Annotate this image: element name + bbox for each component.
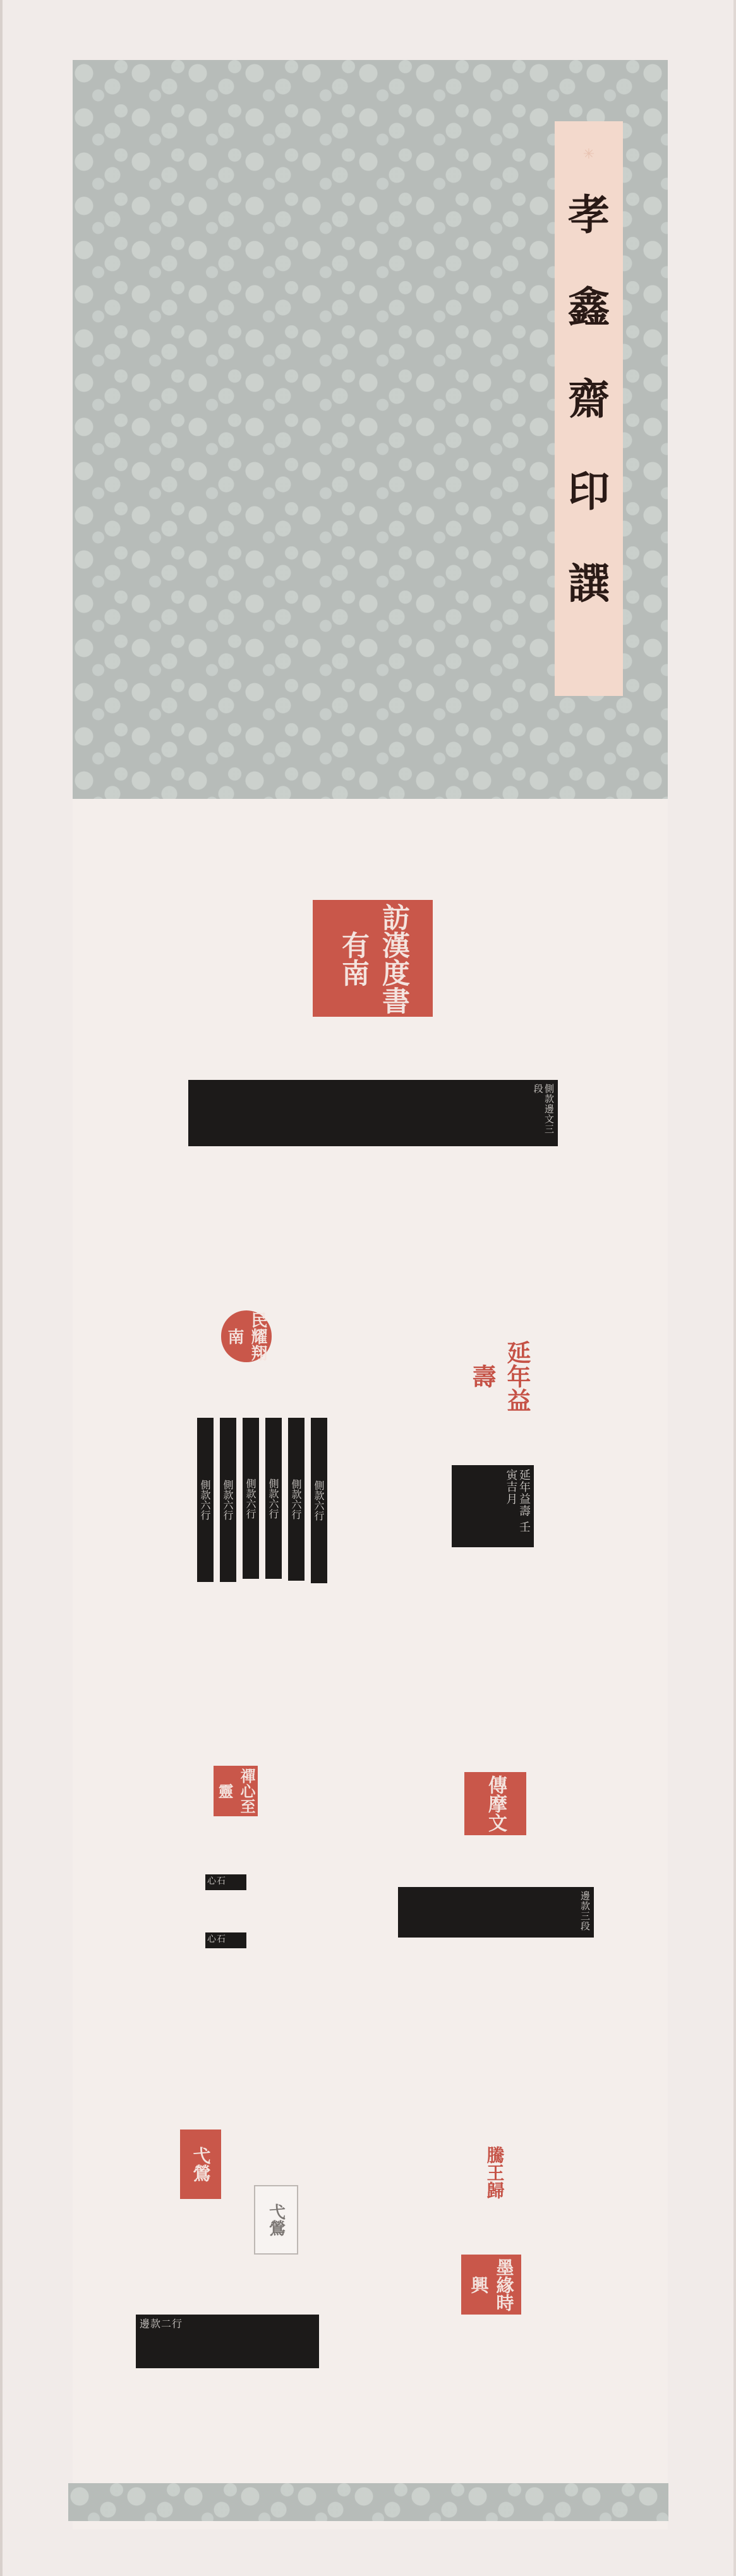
seal-impression: 訪漢度書有南 [313,900,433,1017]
top-face-rubbing: 延年益壽 壬寅吉月 [452,1465,534,1547]
rubbing-strip: 側款六行 [220,1418,236,1582]
rubbing-strip: 側款六行 [197,1418,214,1582]
rubbing-strip: 側款六行 [288,1418,305,1581]
seal-text: 墨緣時興 [466,2255,517,2315]
rubbing-strip: 側款六行 [243,1418,259,1579]
seal-text: 禪心至靈 [214,1766,258,1816]
seal-impression: 傳摩文 [464,1772,526,1835]
rubbing-text: 邊款三段 [579,1891,591,1931]
side-inscription-rubbing: 邊款三段 [398,1887,594,1938]
rubbing-text: 延年益壽 壬寅吉月 [504,1469,531,1533]
title-char: 孝 [568,194,610,236]
seal-text: 弋鶯 [265,2203,288,2236]
seal-text: 騰王歸 [482,2146,507,2199]
side-inscription-strips: 側款六行 側款六行 側款六行 側款六行 側款六行 側款六行 [197,1418,327,1583]
seal-text: 民耀翔南 [223,1310,270,1362]
side-rubbing-small: 心石 [205,1874,246,1890]
title-char: 印 [568,470,610,512]
bottom-brocade-strip [68,2483,668,2521]
seal-impression: 禪心至靈 [214,1766,258,1816]
rubbing-text: 心石 [207,1876,226,1886]
seal-text: 弋鶯 [188,2147,214,2182]
seal-text: 延年益壽 [465,1338,534,1415]
title-char: 鑫 [568,286,610,328]
seal-impression: 墨緣時興 [461,2255,521,2315]
rubbing-text: 邊款二行 [140,2318,183,2330]
rubbing-strip: 側款六行 [311,1418,327,1583]
rubbing-text: 心石 [207,1934,226,1944]
title-slip: ✳ 孝 鑫 齋 印 譔 [555,121,623,696]
seal-impression: 騰王歸 [464,2142,524,2202]
title-char: 譔 [568,563,610,604]
title-char: 齋 [568,378,610,420]
seal-impression: 延年益壽 [464,1338,535,1415]
side-rubbing-small: 心石 [205,1932,246,1948]
seal-impression-outline: 弋鶯 [254,2185,298,2255]
star-ornament-icon: ✳ [583,147,594,162]
rubbing-strip: 側款六行 [265,1418,282,1579]
side-inscription-rubbing: 側款邊文三段 [188,1080,558,1146]
round-seal-impression: 民耀翔南 [221,1310,272,1362]
seal-impression: 弋鶯 [180,2130,221,2199]
side-inscription-rubbing: 邊款二行 [136,2315,319,2368]
seal-text: 訪漢度書有南 [332,900,413,1017]
rubbing-text: 側款邊文三段 [533,1084,555,1134]
seal-text: 傳摩文 [481,1775,509,1832]
